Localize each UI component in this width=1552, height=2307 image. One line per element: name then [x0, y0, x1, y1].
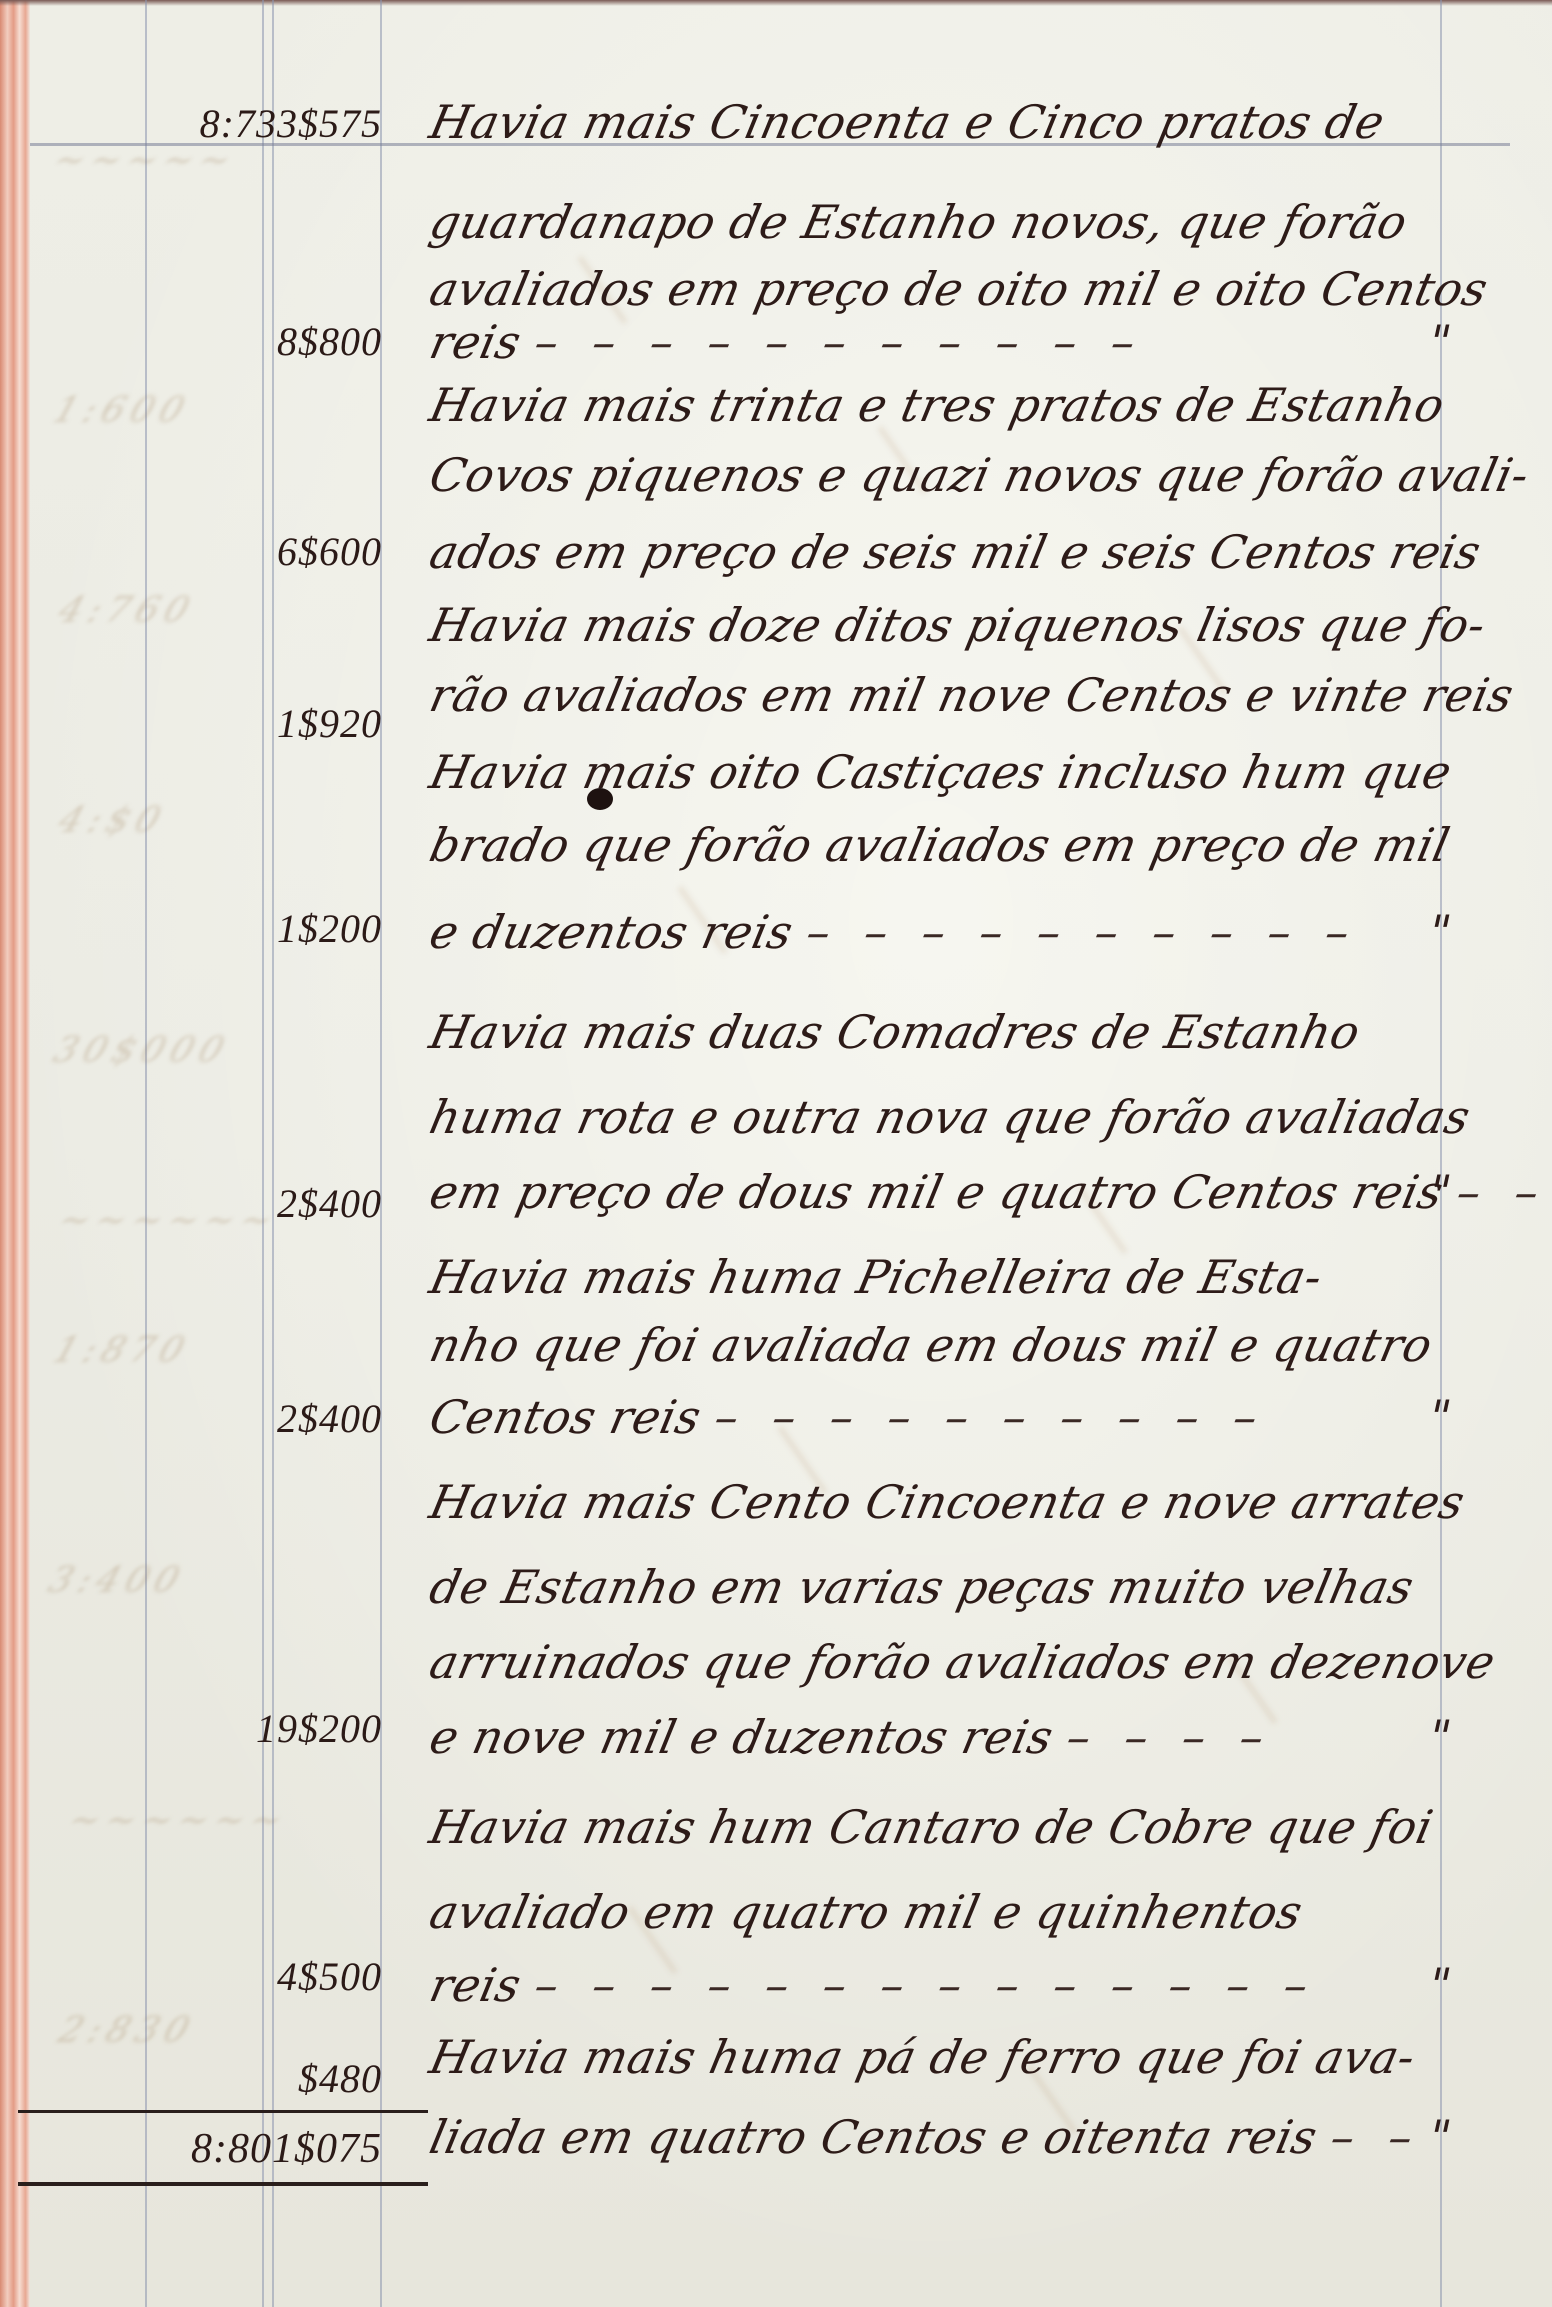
- entry-line: Centos reis – – – – – – – – – – ": [425, 1390, 1456, 1444]
- page-top-edge: [0, 0, 1552, 6]
- total-amount: 8:801$075: [191, 2125, 382, 2173]
- ditto-mark: ": [1423, 315, 1456, 369]
- sum-rule-bottom: [18, 2182, 428, 2186]
- entry-line: de Estanho em varias peças muito velhas: [425, 1560, 1456, 1614]
- ledger-page: ~~~~~ 1:600 4:760 4:$0 30$000 ~~~~~~ 1:8…: [0, 0, 1552, 2307]
- bleed-through: 3:400: [43, 1560, 190, 1601]
- filler-dashes: – – – – – – – – – –: [710, 1390, 1273, 1444]
- filler-dashes: – – – – – – – – – – –: [530, 315, 1151, 369]
- entry-line: avaliados em preço de oito mil e oito Ce…: [425, 262, 1456, 316]
- bleed-through: ~~~~~~: [63, 1800, 293, 1841]
- entry-line-text: Centos reis: [425, 1390, 706, 1444]
- rule-vertical: [272, 0, 274, 2307]
- entry-line: Covos piquenos e quazi novos que forão a…: [425, 448, 1456, 502]
- bleed-through: 4:$0: [53, 800, 171, 841]
- ditto-mark: ": [1423, 1710, 1456, 1764]
- entry-line: em preço de dous mil e quatro Centos rei…: [425, 1165, 1456, 1219]
- entry-line: Havia mais oito Castiçaes incluso hum qu…: [425, 745, 1456, 799]
- binding-edge: [0, 0, 30, 2307]
- entry-line: Havia mais huma pá de ferro que foi ava-: [425, 2030, 1456, 2084]
- bleed-through: ~~~~~~: [53, 1200, 283, 1241]
- ditto-mark: ": [1423, 2110, 1456, 2164]
- bleed-through: 2:830: [53, 2010, 200, 2051]
- ditto-mark: ": [1423, 1390, 1456, 1444]
- entry-line: huma rota e outra nova que forão avaliad…: [425, 1090, 1456, 1144]
- entry-line: rão avaliados em mil nove Centos e vinte…: [425, 668, 1456, 722]
- entry-line-text: reis: [425, 315, 526, 369]
- entry-line: Havia mais Cincoenta e Cinco pratos de: [425, 95, 1456, 149]
- entry-line: Havia mais trinta e tres pratos de Estan…: [425, 378, 1456, 432]
- rule-vertical: [145, 0, 147, 2307]
- filler-dashes: – – – – – – – – – – – – – –: [530, 1958, 1324, 2012]
- ditto-mark: ": [1423, 1958, 1456, 2012]
- filler-dashes: – –: [1452, 1165, 1552, 1219]
- sum-rule-top: [18, 2110, 428, 2113]
- item-amount: $480: [298, 2055, 382, 2102]
- entry-line: arruinados que forão avaliados em dezeno…: [425, 1635, 1456, 1689]
- item-amount: 8$800: [277, 318, 382, 365]
- bleed-through: 1:870: [48, 1330, 195, 1371]
- item-amount: 2$400: [277, 1395, 382, 1442]
- item-amount: 19$200: [256, 1705, 382, 1752]
- entry-line: Havia mais duas Comadres de Estanho: [425, 1005, 1456, 1059]
- entry-line: avaliado em quatro mil e quinhentos: [425, 1885, 1456, 1939]
- entry-line: Havia mais Cento Cincoenta e nove arrate…: [425, 1475, 1456, 1529]
- item-amount: 1$920: [277, 700, 382, 747]
- entry-line-text: e nove mil e duzentos reis: [425, 1710, 1058, 1764]
- carried-forward-amount: 8:733$575: [200, 100, 382, 147]
- filler-dashes: – – – –: [1062, 1710, 1279, 1764]
- entry-line: ados em preço de seis mil e seis Centos …: [425, 525, 1456, 579]
- bleed-through: 4:760: [53, 590, 200, 631]
- entry-line: guardanapo de Estanho novos, que forão: [425, 195, 1456, 249]
- item-amount: 1$200: [277, 905, 382, 952]
- entry-line: reis – – – – – – – – – – – ": [425, 315, 1456, 369]
- filler-dashes: – –: [1326, 2110, 1428, 2164]
- entry-line: reis – – – – – – – – – – – – – – ": [425, 1958, 1456, 2012]
- entry-line: e nove mil e duzentos reis – – – – ": [425, 1710, 1456, 1764]
- entry-line: Havia mais huma Pichelleira de Esta-: [425, 1250, 1456, 1304]
- item-amount: 2$400: [277, 1180, 382, 1227]
- entry-line-text: em preço de dous mil e quatro Centos rei…: [425, 1165, 1448, 1219]
- bleed-through: 30$000: [48, 1030, 235, 1071]
- ink-blot: [587, 788, 613, 810]
- entry-line-text: reis: [425, 1958, 526, 2012]
- entry-line: Havia mais hum Cantaro de Cobre que foi: [425, 1800, 1456, 1854]
- bleed-through: 1:600: [48, 390, 195, 431]
- entry-line-text: liada em quatro Centos e oitenta reis: [425, 2110, 1322, 2164]
- item-amount: 4$500: [277, 1953, 382, 2000]
- entry-line: e duzentos reis – – – – – – – – – – ": [425, 905, 1456, 959]
- entry-line: nho que foi avaliada em dous mil e quatr…: [425, 1318, 1456, 1372]
- item-amount: 6$600: [277, 528, 382, 575]
- entry-line: brado que forão avaliados em preço de mi…: [425, 818, 1456, 872]
- entry-line: Havia mais doze ditos piquenos lisos que…: [425, 598, 1456, 652]
- ditto-mark: ": [1423, 905, 1456, 959]
- entry-line: liada em quatro Centos e oitenta reis – …: [425, 2110, 1456, 2164]
- entry-line-text: e duzentos reis: [425, 905, 798, 959]
- rule-vertical: [262, 0, 264, 2307]
- filler-dashes: – – – – – – – – – –: [802, 905, 1365, 959]
